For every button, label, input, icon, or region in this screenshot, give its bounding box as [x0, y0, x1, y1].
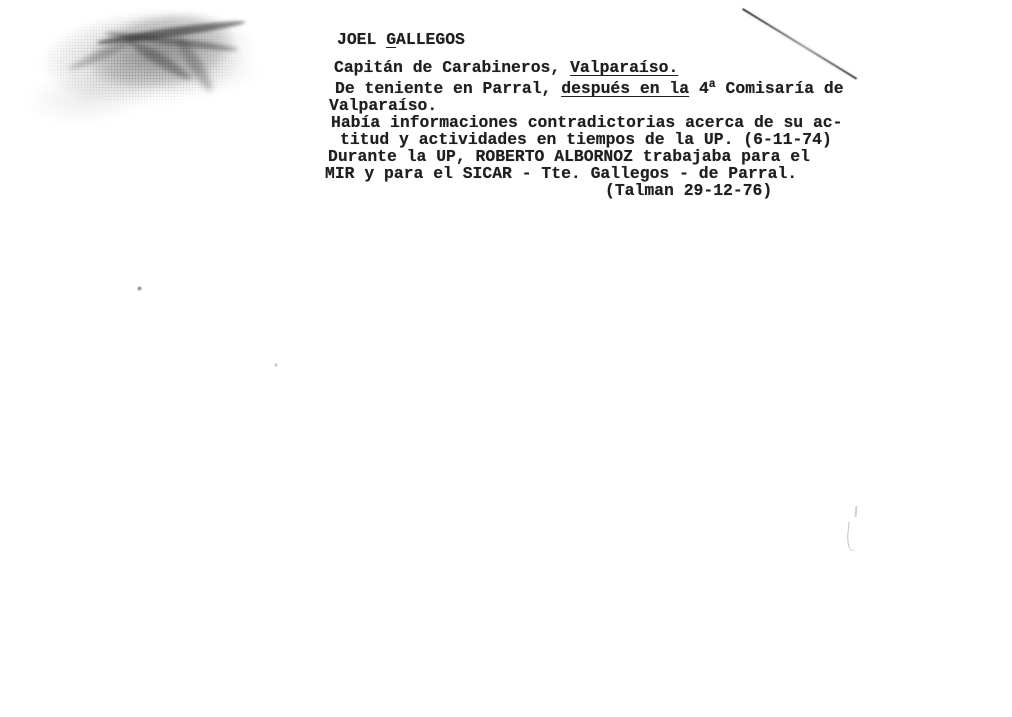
line-info-2: titud y actividades en tiempos de la UP.… [340, 131, 844, 148]
line-info-1: Había informaciones contradictorias acer… [331, 114, 844, 131]
line-up-activity-2: MIR y para el SICAR - Tte. Gallegos - de… [325, 165, 844, 182]
ordinal-superscript: a [709, 78, 716, 91]
line-posting: De teniente en Parral, después en la 4a … [335, 76, 844, 97]
scanned-document-page: JOEL GALLEGOS Capitán de Carabineros, Va… [0, 0, 1012, 717]
heading-underlined-letter: G [386, 30, 396, 49]
faint-pen-tick [855, 506, 857, 517]
line-rank: Capitán de Carabineros, Valparaíso. [334, 59, 844, 76]
source-citation: (Talman 29-12-76) [605, 182, 844, 199]
paper-speck [137, 286, 142, 291]
person-name-heading: JOEL GALLEGOS [337, 31, 844, 48]
heading-text: ALLEGOS [396, 30, 465, 49]
heading-text: JOEL [337, 30, 386, 49]
line-posting-underlined: después en la [561, 79, 689, 98]
ink-smudge-grain [14, 2, 284, 142]
faint-pen-curl [846, 522, 858, 552]
line-posting-text: Comisaría de [716, 79, 844, 98]
line-posting-continuation: Valparaíso. [329, 97, 844, 114]
line-rank-underlined: Valparaíso. [570, 58, 678, 77]
line-up-activity-1: Durante la UP, ROBERTO ALBORNOZ trabajab… [328, 148, 844, 165]
paper-speck [274, 363, 278, 367]
typewritten-text-block: JOEL GALLEGOS Capitán de Carabineros, Va… [325, 31, 844, 199]
line-posting-text: 4 [689, 79, 709, 98]
ink-smudge [14, 2, 284, 142]
line-rank-text: Capitán de Carabineros, [334, 58, 570, 77]
